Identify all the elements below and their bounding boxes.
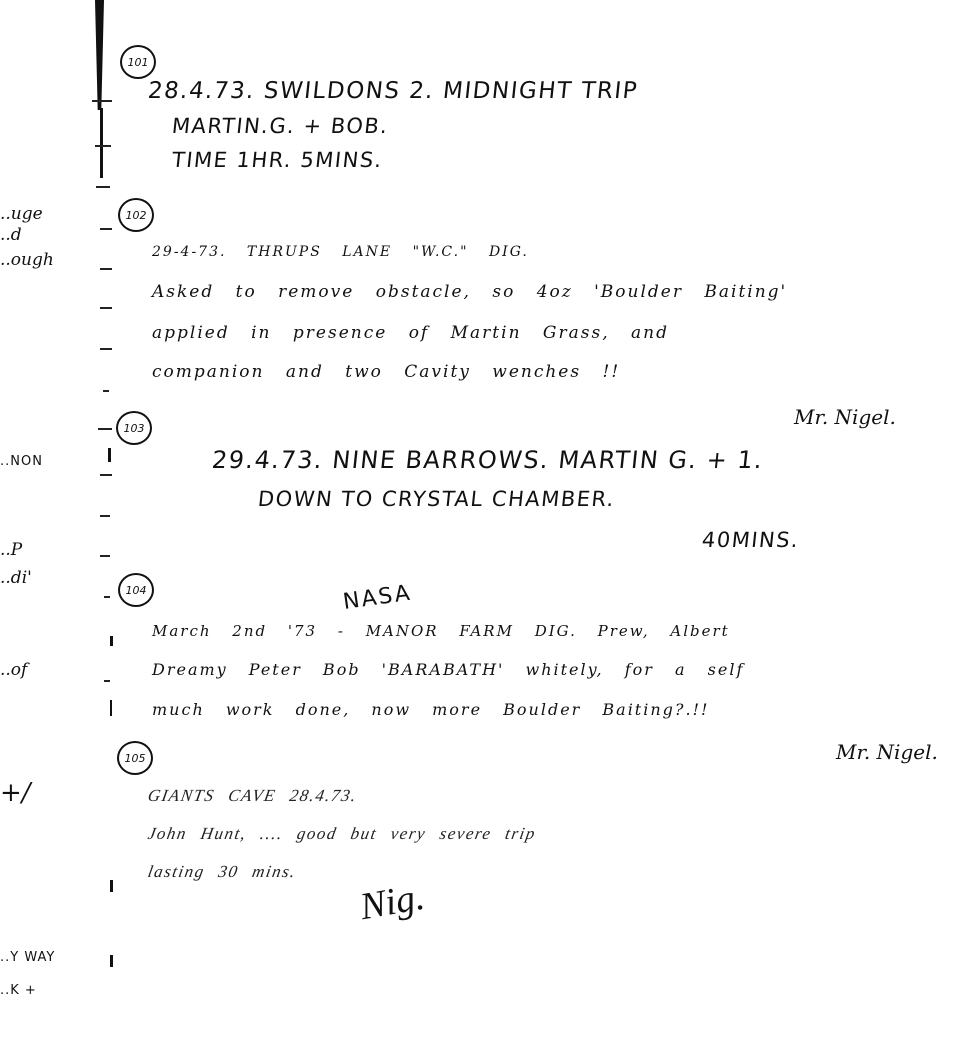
entry-line: applied in presence of Martin Grass, and — [152, 323, 669, 343]
margin-tick — [100, 348, 112, 350]
margin-fragment: ..Y WAY — [0, 950, 55, 965]
margin-tick — [95, 145, 111, 147]
page-binding-edge-lower — [100, 108, 103, 178]
margin-fragment: ..NON — [0, 454, 43, 469]
margin-fragment: ..uge — [0, 204, 43, 224]
entry-line: DOWN TO CRYSTAL CHAMBER. — [257, 487, 617, 511]
entry-line: March 2nd '73 - MANOR FARM DIG. Prew, Al… — [152, 622, 730, 640]
entry-number-badge: 105 — [117, 741, 153, 775]
margin-tick — [110, 700, 112, 716]
entry-line: 28.4.73. SWILDONS 2. MIDNIGHT TRIP — [147, 78, 640, 104]
margin-fragment: ..P — [0, 540, 22, 560]
entry-line: 29-4-73. THRUPS LANE "W.C." DIG. — [152, 244, 529, 260]
entry-number-badge: 101 — [120, 45, 156, 79]
entry-annotation: NASA — [342, 581, 414, 615]
entry-line: TIME 1HR. 5MINS. — [171, 148, 384, 172]
entry-number-badge: 103 — [116, 411, 152, 445]
entry-line: 40MINS. — [701, 528, 801, 552]
margin-tick — [100, 555, 110, 557]
margin-tick — [98, 428, 112, 430]
entry-signature: Nig. — [357, 875, 428, 930]
margin-tick — [100, 515, 110, 517]
margin-fragment: ..ough — [0, 250, 54, 270]
entry-number-badge: 104 — [118, 573, 154, 607]
entry-line: companion and two Cavity wenches !! — [152, 362, 620, 382]
entry-line: 29.4.73. NINE BARROWS. MARTIN G. + 1. — [211, 446, 765, 474]
margin-tick — [100, 268, 112, 270]
entry-line: John Hunt, .... good but very severe tri… — [146, 824, 537, 844]
margin-tick — [100, 474, 112, 476]
margin-tick — [110, 636, 113, 646]
margin-fragment: ..of — [0, 660, 27, 680]
entry-line: MARTIN.G. + BOB. — [171, 114, 390, 138]
margin-tick — [104, 596, 110, 598]
margin-tick — [103, 390, 109, 392]
margin-fragment: ..di' — [0, 568, 32, 588]
margin-fragment: ..d — [0, 225, 22, 245]
margin-tick — [110, 880, 113, 892]
page-binding-edge — [95, 0, 104, 110]
entry-line: Asked to remove obstacle, so 4oz 'Boulde… — [152, 282, 787, 302]
margin-fragment: +/ — [0, 778, 31, 808]
entry-line: much work done, now more Boulder Baiting… — [152, 700, 709, 719]
entry-signature: Mr. Nigel. — [836, 740, 938, 764]
entry-line: Dreamy Peter Bob 'BARABATH' whitely, for… — [152, 660, 744, 679]
margin-fragment: ..K + — [0, 983, 37, 998]
margin-tick — [110, 955, 113, 967]
entry-number-badge: 102 — [118, 198, 154, 232]
margin-tick — [96, 186, 110, 188]
entry-signature: Mr. Nigel. — [794, 405, 896, 429]
margin-tick — [108, 448, 111, 462]
margin-tick — [104, 680, 110, 682]
logbook-page: ..uge ..d ..ough ..NON ..P ..di' ..of +/… — [0, 0, 965, 1048]
margin-tick — [100, 228, 112, 230]
margin-tick — [100, 307, 112, 309]
entry-line: GIANTS CAVE 28.4.73. — [146, 786, 359, 806]
entry-line: lasting 30 mins. — [146, 862, 298, 882]
margin-tick — [92, 100, 112, 102]
